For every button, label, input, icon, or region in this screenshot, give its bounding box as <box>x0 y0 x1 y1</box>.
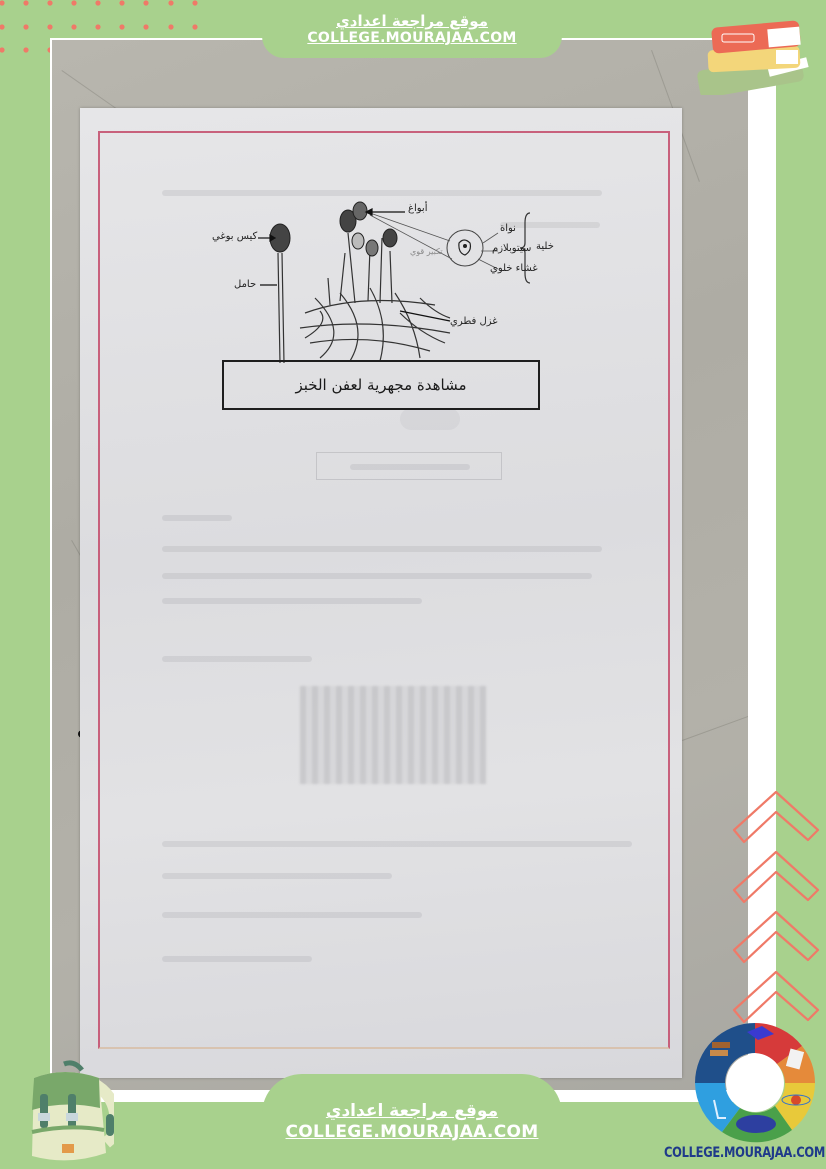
watermark-banner-bottom: موقع مراجعة اعدادي COLLEGE.MOURAJAA.COM <box>262 1074 562 1169</box>
figure-title-box: مشاهدة مجهرية لعفن الخبز <box>222 360 540 410</box>
show-through-text <box>162 841 632 847</box>
show-through-text <box>400 408 460 430</box>
education-ring-logo-icon <box>692 1020 818 1146</box>
show-through-text <box>162 515 232 521</box>
paper-sheet: أبواغ كيس بوغي حامل غزل فطري خلية نواة س… <box>80 108 682 1078</box>
show-through-text <box>162 656 312 662</box>
show-through-text <box>350 464 470 470</box>
label-spores: أبواغ <box>408 203 427 214</box>
show-through-text <box>162 546 602 552</box>
show-through-text <box>162 912 422 918</box>
show-through-image <box>300 686 486 784</box>
label-nucleus: نواة <box>500 223 516 234</box>
label-membrane: غشاء خلوي <box>490 263 538 274</box>
label-stalk: حامل <box>234 279 256 290</box>
show-through-text <box>162 573 592 579</box>
backpack-icon <box>14 1058 114 1166</box>
show-through-text <box>162 598 422 604</box>
books-stack-icon <box>690 10 820 95</box>
figure-title: مشاهدة مجهرية لعفن الخبز <box>295 376 466 394</box>
show-through-text <box>162 873 392 879</box>
chevrons-up-icon <box>732 790 822 1030</box>
document-photo: أبواغ كيس بوغي حامل غزل فطري خلية نواة س… <box>52 40 748 1090</box>
mold-illustration <box>220 193 540 363</box>
label-magnification: تكبير قوي <box>410 247 443 256</box>
watermark-arabic: موقع مراجعة اعدادي <box>326 1101 498 1121</box>
logo-caption[interactable]: COLLEGE.MOURAJAA.COM <box>664 1143 826 1161</box>
show-through-text <box>162 956 312 962</box>
watermark-banner-top: موقع مراجعة اعدادي COLLEGE.MOURAJAA.COM <box>262 0 562 58</box>
watermark-url[interactable]: COLLEGE.MOURAJAA.COM <box>307 30 516 46</box>
bread-mold-diagram: أبواغ كيس بوغي حامل غزل فطري خلية نواة س… <box>220 193 540 363</box>
label-cytoplasm: سيتوبلازم <box>492 243 531 254</box>
watermark-arabic: موقع مراجعة اعدادي <box>336 12 488 30</box>
label-sporangium: كيس بوغي <box>212 231 257 242</box>
label-cell: خلية <box>536 241 554 252</box>
label-mycelium: غزل فطري <box>450 316 498 327</box>
watermark-url[interactable]: COLLEGE.MOURAJAA.COM <box>286 1122 539 1142</box>
